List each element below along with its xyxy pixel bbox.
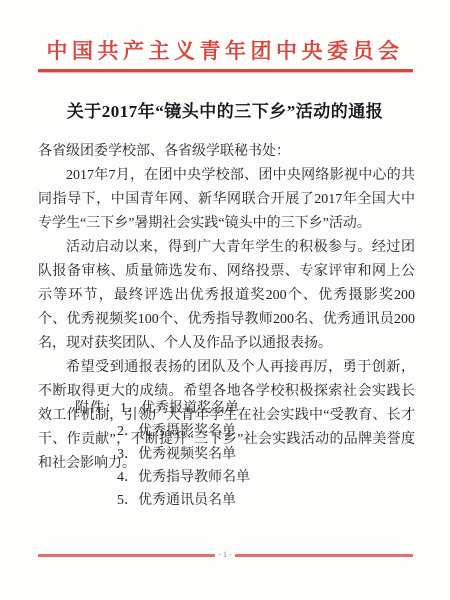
attachments-label: 附件： bbox=[75, 401, 120, 416]
attachments-list: 附件：1．优秀报道奖名单 2．优秀摄影奖名单 3．优秀视频奖名单 4．优秀指导教… bbox=[75, 397, 250, 512]
attachment-item-1: 1．优秀报道奖名单 bbox=[120, 401, 239, 416]
document-page: 中国共产主义青年团中央委员会 关于2017年“镜头中的三下乡”活动的通报 各省级… bbox=[0, 0, 450, 600]
attachment-item-2: 2．优秀摄影奖名单 bbox=[117, 420, 250, 443]
letterhead-title: 中国共产主义青年团中央委员会 bbox=[0, 35, 450, 65]
salutation: 各省级团委学校部、各省级学联秘书处： bbox=[38, 140, 415, 164]
attachment-item-4: 4．优秀指导教师名单 bbox=[117, 466, 250, 489]
attachment-row: 附件：1．优秀报道奖名单 bbox=[75, 397, 250, 420]
document-title: 关于2017年“镜头中的三下乡”活动的通报 bbox=[0, 97, 450, 122]
paragraph-1: 2017年7月，在团中央学校部、团中央网络影视中心的共同指导下，中国青年网、新华… bbox=[38, 164, 415, 236]
letterhead-divider bbox=[38, 69, 413, 73]
attachment-item-5: 5．优秀通讯员名单 bbox=[117, 489, 250, 512]
page-number: - 1 - bbox=[0, 549, 450, 561]
paragraph-2: 活动启动以来，得到广大青年学生的积极参与。经过团队报备审核、质量筛选发布、网络投… bbox=[38, 236, 415, 356]
attachment-item-3: 3．优秀视频奖名单 bbox=[117, 443, 250, 466]
